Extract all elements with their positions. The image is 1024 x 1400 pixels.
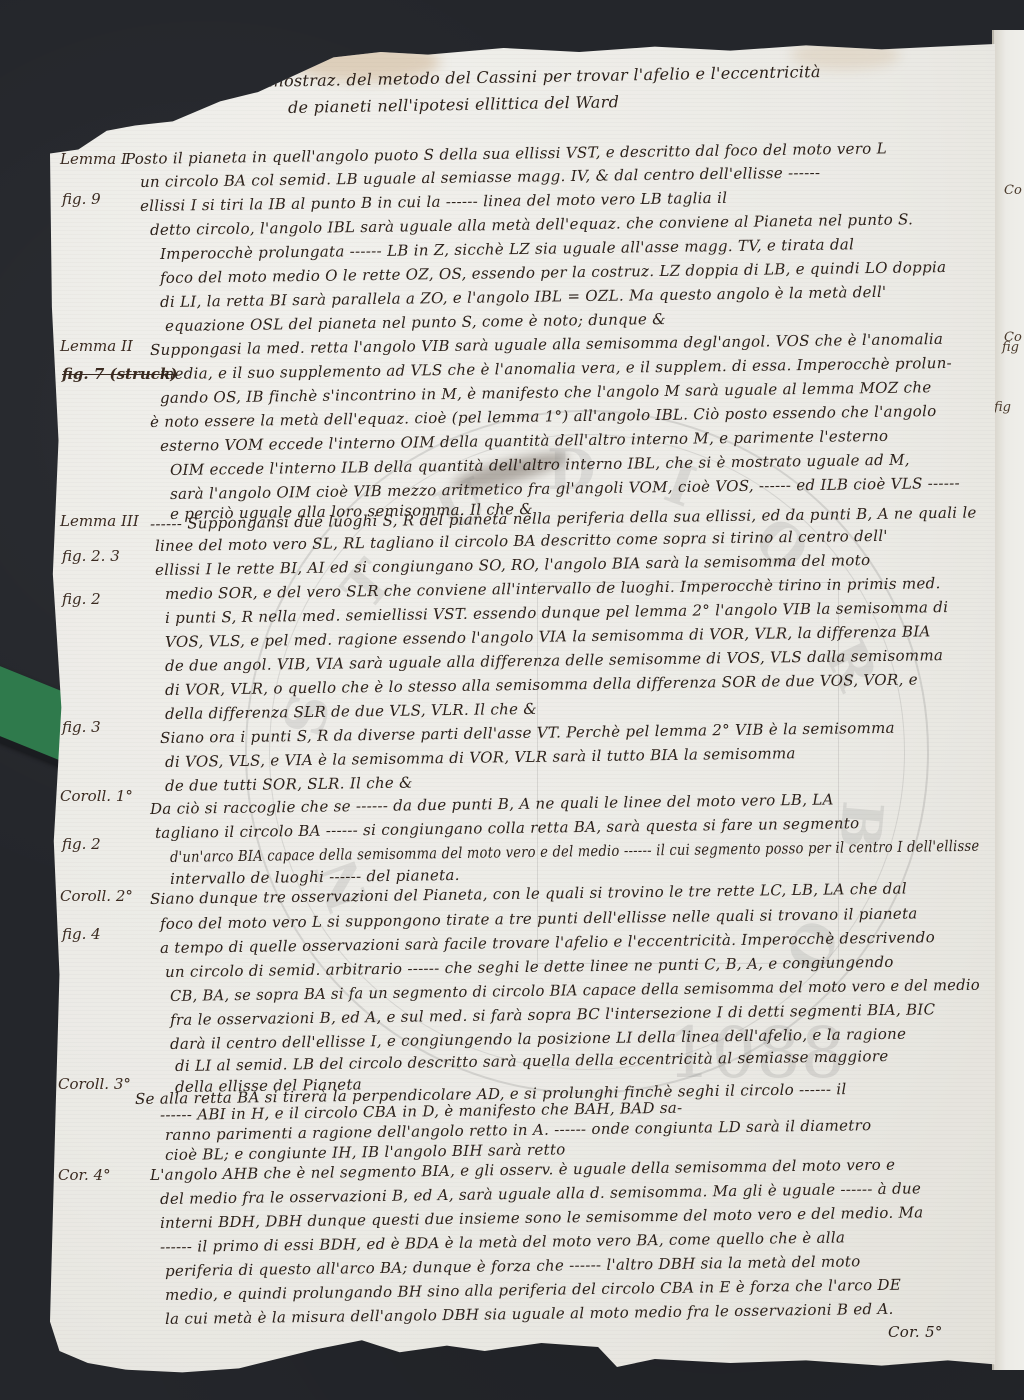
manuscript-line: interni BDH, DBH dunque questi due insie… xyxy=(160,1203,924,1232)
margin-note: Lemma I xyxy=(60,150,127,168)
manuscript-line: di LI, la retta BI sarà parallela a ZO, … xyxy=(160,283,887,311)
margin-note: Lemma II xyxy=(60,337,133,355)
margin-note: Coroll. 1° xyxy=(60,787,133,805)
margin-note: Coroll. 2° xyxy=(60,887,133,905)
margin-note: fig. 4 xyxy=(62,925,101,943)
margin-note: Lemma III xyxy=(60,512,139,530)
manuscript-line: Suppongasi la med. retta l'angolo VIB sa… xyxy=(150,330,943,359)
margin-note: fig. 2 xyxy=(62,590,101,608)
manuscript-page: S T U D I O R B O N 1088 Dimostraz. del … xyxy=(50,40,995,1375)
next-page-mark: Co xyxy=(1004,183,1022,198)
manuscript-line: de due tutti SOR, SLR. Il che & xyxy=(165,774,413,795)
document-title-line-2: de pianeti nell'ipotesi ellittica del Wa… xyxy=(288,92,619,117)
manuscript-line: ellissi I si tiri la IB al punto B in cu… xyxy=(140,189,727,215)
margin-note: fig. 9 xyxy=(62,190,101,208)
margin-note: Coroll. 3° xyxy=(58,1075,131,1093)
manuscript-line: foco del moto medio O le rette OZ, OS, e… xyxy=(160,258,947,287)
next-page-mark: fig xyxy=(1002,340,1019,355)
margin-note: fig. 2 xyxy=(62,835,101,853)
margin-note: Cor. 4° xyxy=(58,1166,111,1184)
manuscript-line: del medio fra le osservazioni B, ed A, s… xyxy=(160,1179,921,1208)
manuscript-line: medio, e quindi prolungando BH sino alla… xyxy=(165,1276,901,1304)
manuscript-line: equazione OSL del pianeta nel punto S, c… xyxy=(165,310,666,335)
adjacent-page-edge: Co Co fig fig xyxy=(992,30,1024,1370)
manuscript-line: un circolo BA col semid. LB uguale al se… xyxy=(140,164,821,191)
manuscript-line: ------ il primo di essi BDH, ed è BDA è … xyxy=(160,1228,845,1256)
manuscript-line: periferia di questo all'arco BA; dunque … xyxy=(165,1252,861,1280)
margin-note: fig. 3 xyxy=(62,718,101,736)
closing-note: Cor. 5° xyxy=(888,1323,943,1341)
margin-note: fig. 2. 3 xyxy=(62,547,120,565)
manuscript-line: detto circolo, l'angolo IBL sarà uguale … xyxy=(150,210,913,239)
next-page-mark: fig xyxy=(994,400,1011,415)
manuscript-line: Imperocchè prolungata ------ LB in Z, si… xyxy=(160,235,854,263)
manuscript-line: la cui metà è la misura dell'angolo DBH … xyxy=(165,1300,894,1328)
manuscript-line: gando OS, IB finchè s'incontrino in M, è… xyxy=(160,378,932,407)
